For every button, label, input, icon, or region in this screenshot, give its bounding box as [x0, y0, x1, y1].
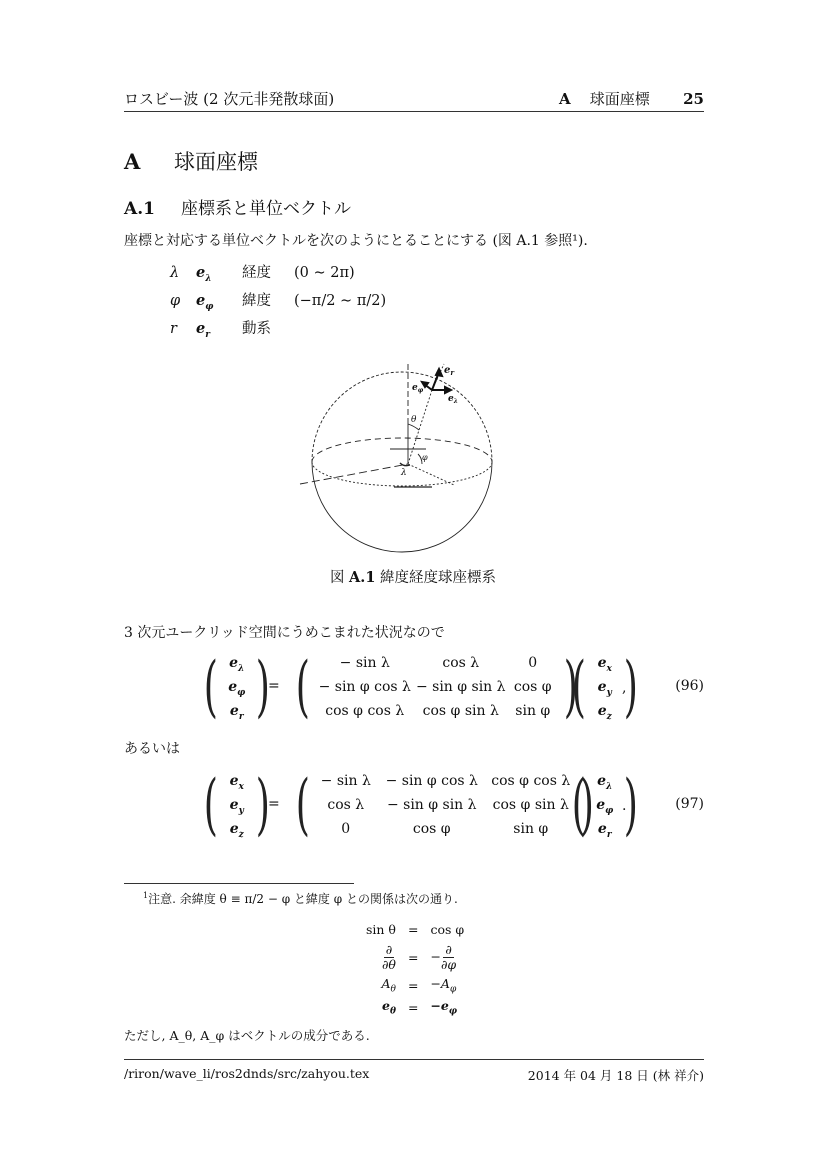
eq97-matrix: ( − sin λ− sin φ cos λcos φ cos λ cos λ−… [290, 770, 600, 840]
section-number: A [124, 149, 174, 174]
label-lambda: λ [400, 468, 407, 478]
source-path: /riron/wave_li/ros2dnds/src/zahyou.tex [124, 1066, 369, 1081]
footnote-text: 注意. 余緯度 θ ≡ π/2 − φ と緯度 φ との関係は次の通り. [148, 892, 458, 906]
unit-vector: eφ [196, 290, 242, 318]
definition-row: φ eφ 緯度 (−π/2 ∼ π/2) [170, 290, 394, 318]
header-rule [124, 111, 704, 112]
figure-caption: 図 A.1 緯度経度球座標系 [0, 566, 826, 587]
relation-row: sin θ = cos φ [360, 918, 470, 940]
subsection-title: 座標系と単位ベクトル [181, 199, 351, 219]
header-right: A 球面座標 25 [559, 88, 704, 109]
relation-row: eθ = −eφ [360, 996, 470, 1018]
label-e-r: er [444, 365, 455, 377]
unit-vector: eλ [196, 262, 242, 290]
eq96-matrix: ( − sin λcos λ0 − sin φ cos λ− sin φ sin… [290, 652, 584, 722]
coord-range [294, 318, 394, 346]
label-e-phi: eφ [412, 383, 424, 394]
equation-96: ( eλ eφ er ) = ( − sin λcos λ0 − sin φ c… [198, 652, 704, 724]
figure-title: 緯度経度球座標系 [380, 570, 496, 586]
radius-line [408, 390, 432, 464]
coordinate-definitions: λ eλ 経度 (0 ∼ 2π) φ eφ 緯度 (−π/2 ∼ π/2) r … [170, 262, 394, 346]
subsection-number: A.1 [124, 199, 181, 219]
coord-name: 経度 [242, 262, 294, 290]
relation-row: Aθ = −Aφ [360, 974, 470, 996]
page-number: 25 [683, 90, 704, 108]
header-section-letter: A [559, 90, 571, 108]
footer-rule [124, 1059, 704, 1060]
definition-row: r er 動系 [170, 318, 394, 346]
x-axis [300, 464, 408, 484]
eq96-rhs-vector: ( ex ey ez ) [566, 652, 644, 722]
unit-vector: er [196, 318, 242, 346]
coord-symbol: φ [170, 290, 196, 318]
equator-back [312, 438, 492, 462]
header-section-title: 球面座標 [590, 90, 650, 108]
coord-symbol: r [170, 318, 196, 346]
footnote: 1注意. 余緯度 θ ≡ π/2 − φ と緯度 φ との関係は次の通り. [143, 890, 458, 907]
running-title: ロスビー波 (2 次元非発散球面) [124, 88, 334, 109]
coord-range: (0 ∼ 2π) [294, 262, 394, 290]
eq97-lhs-vector: ( ex ey ez ) [198, 770, 276, 840]
figure-number: A.1 [349, 569, 375, 586]
footnote-closing: ただし, A_θ, A_φ はベクトルの成分である. [124, 1026, 370, 1044]
coord-range: (−π/2 ∼ π/2) [294, 290, 394, 318]
coord-name: 緯度 [242, 290, 294, 318]
label-phi: φ [422, 453, 428, 462]
coord-symbol: λ [170, 262, 196, 290]
paragraph-embedding: 3 次元ユークリッド空間にうめこまれた状況なので [124, 622, 445, 642]
date-author: 2014 年 04 月 18 日 (林 祥介) [528, 1066, 704, 1084]
section-title: 球面座標 [174, 150, 258, 174]
label-theta: θ [411, 415, 417, 425]
coord-name: 動系 [242, 318, 294, 346]
definition-row: λ eλ 経度 (0 ∼ 2π) [170, 262, 394, 290]
section-heading: A球面座標 [124, 146, 258, 176]
equation-97: ( ex ey ez ) = ( − sin λ− sin φ cos λcos… [198, 770, 704, 842]
relation-row: ∂∂θ = −∂∂φ [360, 940, 470, 974]
subsection-heading: A.1座標系と単位ベクトル [124, 194, 351, 219]
eq96-lhs-vector: ( eλ eφ er ) [198, 652, 276, 722]
sphere-upper-outline [312, 372, 492, 462]
equation-number: (96) [675, 678, 704, 694]
intro-paragraph: 座標と対応する単位ベクトルを次のようにとることにする (図 A.1 参照¹). [124, 230, 588, 250]
running-header: ロスビー波 (2 次元非発散球面) A 球面座標 25 [124, 88, 704, 110]
paragraph-alternatively: あるいは [124, 738, 180, 758]
eq97-rhs-vector: ( eλ eφ er ) [566, 770, 644, 840]
footnote-relations: sin θ = cos φ ∂∂θ = −∂∂φ Aθ = −Aφ eθ = −… [360, 918, 470, 1018]
equation-number: (97) [675, 796, 704, 812]
footnote-rule [124, 883, 354, 884]
meridian-foot [408, 464, 454, 485]
label-e-lambda: eλ [448, 394, 458, 405]
spherical-coordinates-figure: er eφ eλ θ φ λ [294, 360, 506, 556]
